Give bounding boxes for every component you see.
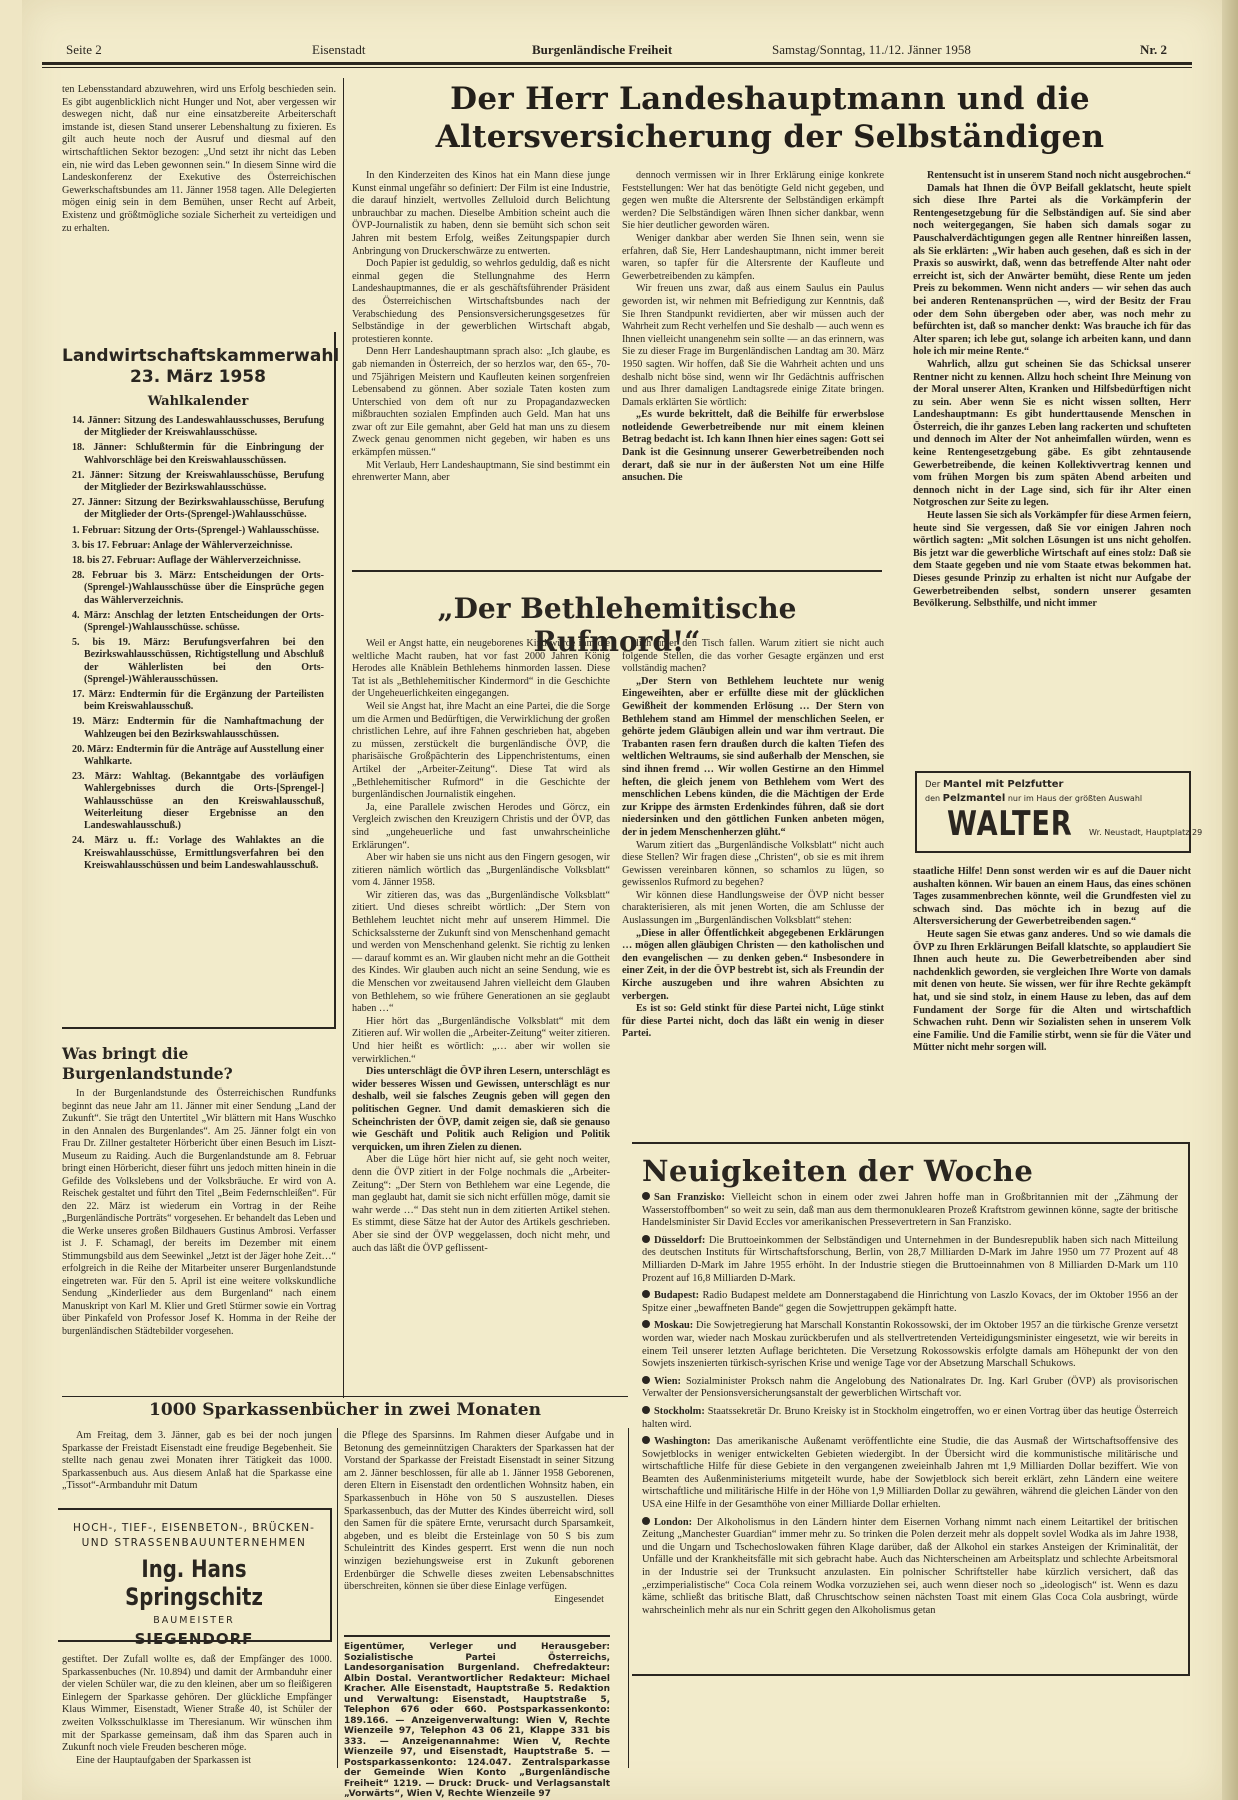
- sparkasse-headline: 1000 Sparkassenbücher in zwei Monaten: [62, 1400, 628, 1420]
- page-number: Seite 2: [66, 42, 102, 58]
- bullet-icon: [642, 1192, 650, 1200]
- bullet-icon: [642, 1376, 650, 1384]
- place: Eisenstadt: [312, 42, 365, 58]
- rufmord-col-2: lich unter den Tisch fallen. Warum zitie…: [622, 638, 884, 1041]
- bullet-icon: [642, 1320, 650, 1328]
- lead-col-3b: staatliche Hilfe! Denn sonst werden wir …: [913, 866, 1191, 1055]
- paragraph: Wir können diese Handlungsweise der ÖVP …: [622, 890, 884, 928]
- news-item: London: Der Alkoholismus in den Ländern …: [642, 1517, 1178, 1618]
- intro-text: ten Lebensstandard abzuwehren, wird uns …: [62, 84, 336, 235]
- masthead: Seite 2 Eisenstadt Burgenländische Freih…: [42, 40, 1192, 60]
- calendar-entry: 4. März: Anschlag der letzten Entscheidu…: [72, 610, 324, 634]
- paragraph: Wir freuen uns zwar, daß aus einem Saulu…: [622, 283, 884, 409]
- paragraph: Aber wir haben sie uns nicht aus den Fin…: [352, 852, 610, 890]
- paragraph: Damals hat Ihnen die ÖVP Beifall geklats…: [913, 183, 1191, 359]
- paragraph: gestiftet. Der Zufall wollte es, daß der…: [62, 1654, 332, 1755]
- news-item: Düsseldorf: Die Bruttoeinkommen der Selb…: [642, 1235, 1178, 1285]
- bullet-icon: [642, 1290, 650, 1298]
- column-divider: [343, 78, 344, 1398]
- sparkasse-signoff: Eingesendet: [344, 1594, 614, 1607]
- calendar-entry: 21. Jänner: Sitzung der Kreiswahlausschü…: [72, 470, 324, 494]
- calendar-entry: 28. Februar bis 3. März: Entscheidungen …: [72, 570, 324, 607]
- paragraph: Wir zitieren das, was das „Burgenländisc…: [352, 890, 610, 1016]
- lead-headline: Der Herr Landeshauptmann und die Altersv…: [350, 80, 1190, 156]
- column-divider: [337, 1428, 338, 1768]
- paragraph: Weniger dankbar aber werden Sie Ihnen se…: [622, 233, 884, 283]
- calendar-entry: 18. bis 27. Februar: Auflage der Wählerv…: [72, 555, 324, 567]
- sparkasse-col-1-top: Am Freitag, dem 3. Jänner, gab es bei de…: [62, 1430, 332, 1493]
- paragraph: Denn Herr Landeshauptmann sprach also: „…: [352, 346, 610, 459]
- paragraph: lich unter den Tisch fallen. Warum zitie…: [622, 638, 884, 676]
- imprint: Eigentümer, Verleger und Herausgeber: So…: [344, 1642, 610, 1800]
- wahlkalender-title: Landwirtschaftskammerwahl 23. März 1958: [62, 346, 334, 388]
- paragraph: Dies unterschlägt die ÖVP ihren Lesern, …: [352, 1066, 610, 1154]
- paragraph: Wahrlich, allzu gut scheinen Sie das Sch…: [913, 359, 1191, 510]
- neuigkeiten-box: Neuigkeiten der Woche San Franzisko: Vie…: [632, 1142, 1190, 1676]
- section-rule: [62, 1396, 628, 1397]
- paragraph: Am Freitag, dem 3. Jänner, gab es bei de…: [62, 1430, 332, 1493]
- paragraph: „Es wurde bekrittelt, daß die Beihilfe f…: [622, 409, 884, 485]
- ad-springschitz: HOCH-, TIEF-, EISENBETON-, BRÜCKEN- UND …: [58, 1508, 332, 1642]
- page-edge: [1222, 0, 1238, 1800]
- news-item: Wien: Sozialminister Proksch nahm die An…: [642, 1376, 1178, 1401]
- lead-col-3: Rentensucht ist in unserem Stand noch ni…: [913, 170, 1191, 611]
- wahlkalender-list: 14. Jänner: Sitzung des Landeswahlaussch…: [72, 415, 324, 872]
- calendar-entry: 27. Jänner: Sitzung der Bezirkswahlaussc…: [72, 497, 324, 521]
- sparkasse-col-1-bottom: gestiftet. Der Zufall wollte es, daß der…: [62, 1654, 332, 1767]
- rufmord-col-1: Weil er Angst hatte, ein neugeborenes Ki…: [352, 638, 610, 1255]
- section-rule: [352, 570, 882, 572]
- burgenlandstunde-title: Was bringt die Burgenlandstunde?: [62, 1044, 336, 1084]
- calendar-entry: 1. Februar: Sitzung der Orts-(Sprengel-)…: [72, 525, 324, 537]
- calendar-entry: 18. Jänner: Schlußtermin für die Einbrin…: [72, 442, 324, 466]
- calendar-entry: 23. März: Wahltag. (Bekanntgabe des vorl…: [72, 771, 324, 832]
- neuigkeiten-list: San Franzisko: Vielleicht schon in einem…: [632, 1192, 1188, 1617]
- paragraph: „Der Stern von Bethlehem leuchtete nur w…: [622, 676, 884, 840]
- issue-number: Nr. 2: [1140, 42, 1167, 58]
- calendar-entry: 3. bis 17. Februar: Anlage der Wählerver…: [72, 540, 324, 552]
- paragraph: Aber die Lüge hört hier nicht auf, sie g…: [352, 1154, 610, 1255]
- paragraph: Weil er Angst hatte, ein neugeborenes Ki…: [352, 638, 610, 701]
- bullet-icon: [642, 1235, 650, 1243]
- issue-date: Samstag/Sonntag, 11./12. Jänner 1958: [772, 42, 971, 58]
- paragraph: dennoch vermissen wir in Ihrer Erklärung…: [622, 170, 884, 233]
- paragraph: staatliche Hilfe! Denn sonst werden wir …: [913, 866, 1191, 929]
- news-item: Moskau: Die Sowjetregierung hat Marschal…: [642, 1320, 1178, 1370]
- news-item: San Franzisko: Vielleicht schon in einem…: [642, 1192, 1178, 1230]
- wahlkalender-subtitle: Wahlkalender: [62, 394, 334, 409]
- news-item: Stockholm: Staatssekretär Dr. Bruno Krei…: [642, 1406, 1178, 1431]
- wahlkalender-box: Landwirtschaftskammerwahl 23. März 1958 …: [62, 332, 336, 1029]
- calendar-entry: 17. März: Endtermin für die Ergänzung de…: [72, 689, 324, 713]
- column-divider: [628, 1428, 629, 1768]
- bullet-icon: [642, 1517, 650, 1525]
- springschitz-name: Ing. Hans Springschitz: [82, 1555, 305, 1611]
- burgenlandstunde-article: Was bringt die Burgenlandstunde? In der …: [62, 1044, 336, 1338]
- paragraph: In den Kinderzeiten des Kinos hat ein Ma…: [352, 170, 610, 258]
- bullet-icon: [642, 1406, 650, 1414]
- paragraph: Eine der Hauptaufgaben der Sparkassen is…: [62, 1755, 332, 1768]
- lead-col-1: In den Kinderzeiten des Kinos hat ein Ma…: [352, 170, 610, 485]
- paragraph: ten Lebensstandard abzuwehren, wird uns …: [62, 84, 336, 235]
- masthead-rule: [42, 62, 1192, 65]
- bullet-icon: [642, 1436, 650, 1444]
- neuigkeiten-title: Neuigkeiten der Woche: [642, 1154, 1188, 1188]
- paragraph: Mit Verlaub, Herr Landeshauptmann, Sie s…: [352, 460, 610, 485]
- paragraph: Warum zitiert das „Burgenländische Volks…: [622, 840, 884, 890]
- news-item: Budapest: Radio Budapest meldete am Donn…: [642, 1290, 1178, 1315]
- calendar-entry: 20. März: Endtermin für die Anträge auf …: [72, 744, 324, 768]
- calendar-entry: 24. März u. ff.: Vorlage des Wahlaktes a…: [72, 835, 324, 872]
- calendar-entry: 14. Jänner: Sitzung des Landeswahlaussch…: [72, 415, 324, 439]
- paragraph: Es ist so: Geld stinkt für diese Partei …: [622, 1003, 884, 1041]
- paragraph: Ja, eine Parallele zwischen Herodes und …: [352, 802, 610, 852]
- lead-col-2: dennoch vermissen wir in Ihrer Erklärung…: [622, 170, 884, 485]
- paragraph: In der Burgenlandstunde des Österreichis…: [62, 1088, 336, 1338]
- calendar-entry: 5. bis 19. März: Berufungsverfahren bei …: [72, 637, 324, 686]
- ad-walter: Der Mantel mit Pelzfutter den Pelzmantel…: [915, 771, 1191, 853]
- paragraph: Hier hört das „Burgenländische Volksblat…: [352, 1016, 610, 1066]
- paragraph: Rentensucht ist in unserem Stand noch ni…: [913, 170, 1191, 183]
- paragraph: Heute sagen Sie etwas ganz anderes. Und …: [913, 929, 1191, 1055]
- paper-name: Burgenländische Freiheit: [532, 42, 672, 58]
- news-item: Washington: Das amerikanische Außenamt v…: [642, 1436, 1178, 1512]
- paragraph: „Diese in aller Öffentlichkeit abgegeben…: [622, 928, 884, 1004]
- paragraph: Weil sie Angst hat, ihre Macht an eine P…: [352, 701, 610, 802]
- masthead-rule-thin: [42, 67, 1192, 68]
- paragraph: die Pflege des Sparsinns. Im Rahmen dies…: [344, 1430, 614, 1594]
- paragraph: Heute lassen Sie sich als Vorkämpfer für…: [913, 510, 1191, 611]
- sparkasse-col-2: die Pflege des Sparsinns. Im Rahmen dies…: [344, 1430, 614, 1606]
- walter-logo: WALTER: [947, 804, 1073, 844]
- imprint-rule: [344, 1635, 610, 1637]
- calendar-entry: 19. März: Endtermin für die Namhaftmachu…: [72, 716, 324, 740]
- paragraph: Doch Papier ist geduldig, so wehrlos ged…: [352, 258, 610, 346]
